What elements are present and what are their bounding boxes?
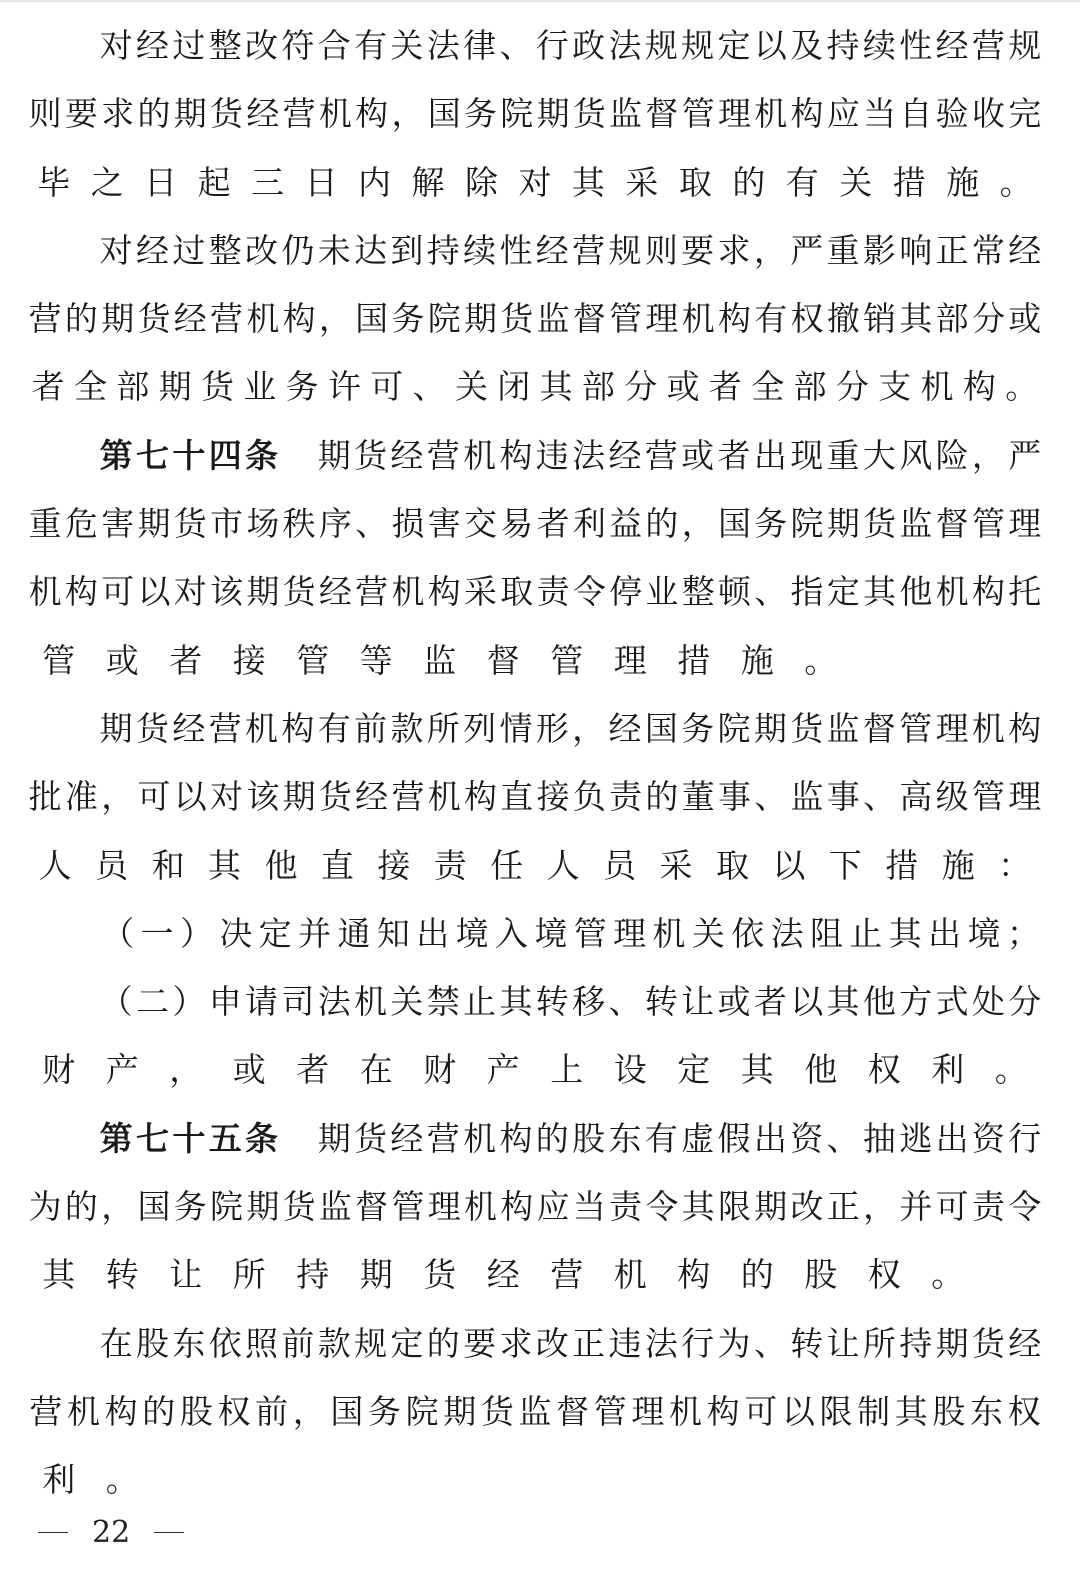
text-line: 其转让所持期货经营机构的股权。 [27,1241,1043,1309]
paragraph: 对经过整改符合有关法律、行政法规规定以及持续性经营规则要求的期货经营机构，国务院… [27,12,1043,217]
paragraph: 期货经营机构有前款所列情形，经国务院期货监督管理机构批准，可以对该期货经营机构直… [27,695,1043,900]
text-line: 重危害期货市场秩序、损害交易者利益的，国务院期货监督管理 [27,490,1043,558]
text-line: 管或者接管等监督管理措施。 [27,627,1043,695]
text-line: 者全部期货业务许可、关闭其部分或者全部分支机构。 [27,353,1043,421]
text-line: 人员和其他直接责任人员采取以下措施： [27,832,1043,900]
text-line: 营机构的股权前，国务院期货监督管理机构可以限制其股东权 [27,1378,1043,1446]
page-edge [0,0,1080,2]
article-gap [280,1105,316,1173]
text-line: （二）申请司法机关禁止其转移、转让或者以其他方式处分 [27,968,1043,1036]
article-paragraph: 第七十四条 期货经营机构违法经营或者出现重大风险，严重危害期货市场秩序、损害交易… [27,422,1043,695]
text-line: 机构可以对该期货经营机构采取责令停业整顿、指定其他机构托 [27,558,1043,626]
text-line: （一）决定并通知出境入境管理机关依法阻止其出境； [27,900,1043,968]
paragraph: 对经过整改仍未达到持续性经营规则要求，严重影响正常经营的期货经营机构，国务院期货… [27,217,1043,422]
text-line: 对经过整改仍未达到持续性经营规则要求，严重影响正常经 [27,217,1043,285]
text-line: 毕之日起三日内解除对其采取的有关措施。 [27,149,1043,217]
paragraph: 在股东依照前款规定的要求改正违法行为、转让所持期货经营机构的股权前，国务院期货监… [27,1310,1043,1515]
paragraph: （二）申请司法机关禁止其转移、转让或者以其他方式处分财产，或者在财产上设定其他权… [27,968,1043,1105]
paragraph: （一）决定并通知出境入境管理机关依法阻止其出境； [27,900,1043,968]
text-line: 批准，可以对该期货经营机构直接负责的董事、监事、高级管理 [27,763,1043,831]
page-number-dash-right [154,1532,184,1534]
page-footer: 22 [38,1515,184,1550]
text-line: 对经过整改符合有关法律、行政法规规定以及持续性经营规 [27,12,1043,80]
text-line: 第七十五条 期货经营机构的股东有虚假出资、抽逃出资行 [27,1105,1043,1173]
text-line: 财产，或者在财产上设定其他权利。 [27,1036,1043,1104]
text-line: 营的期货经营机构，国务院期货监督管理机构有权撤销其部分或 [27,285,1043,353]
article-gap [280,422,316,490]
text-line: 则要求的期货经营机构，国务院期货监督管理机构应当自验收完 [27,80,1043,148]
text-line: 利。 [27,1446,1043,1514]
page-number-dash-left [38,1532,68,1534]
page-number: 22 [92,1515,130,1550]
text-line: 第七十四条 期货经营机构违法经营或者出现重大风险，严 [27,422,1043,490]
text-line: 在股东依照前款规定的要求改正违法行为、转让所持期货经 [27,1310,1043,1378]
article-paragraph: 第七十五条 期货经营机构的股东有虚假出资、抽逃出资行为的，国务院期货监督管理机构… [27,1105,1043,1310]
text-line: 为的，国务院期货监督管理机构应当责令其限期改正，并可责令 [27,1173,1043,1241]
document-page: 对经过整改符合有关法律、行政法规规定以及持续性经营规则要求的期货经营机构，国务院… [27,12,1043,1515]
text-line: 期货经营机构有前款所列情形，经国务院期货监督管理机构 [27,695,1043,763]
